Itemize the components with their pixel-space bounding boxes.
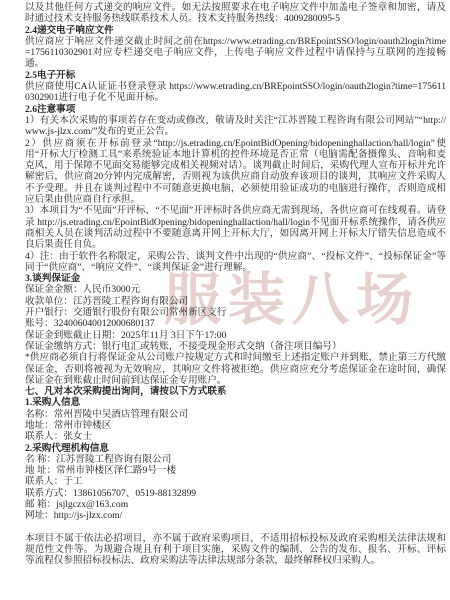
document-page: 以及其他任何方式递交的响应文件。如无法按照要求在电子响应文件中加盖电子签章和加密… — [0, 0, 450, 567]
paragraph: 3）本项目为“不见面”开评标，“不见面”开评标时各供应商无需到现场，各供应商可在… — [25, 205, 446, 250]
section-heading: 1.采购人信息 — [25, 397, 446, 408]
paragraph: 1）有关本次采购的事项若存在变动或修改，敬请及时关注“江苏晋陵工程咨询有限公司网… — [25, 115, 446, 138]
deposit-amount-line: 保证金金额：人民币3000元 — [25, 284, 446, 295]
paragraph: 供应商应于响应文件递交截止时间之前在https://www.etrading.c… — [25, 36, 446, 70]
section-heading: 2.4递交电子响应文件 — [25, 25, 446, 36]
paragraph: 4）注：由于软件名称限定，采购公告、谈判文件中出现的“供应商”、“投标文件”、“… — [25, 251, 446, 274]
agency-phone-line: 联系方式：13861056707、0519-88132899 — [25, 488, 446, 499]
payee-line: 收款单位：江苏晋陵工程咨询有限公司 — [25, 296, 446, 307]
closing-paragraph: 本项目不属于依法必招项目，亦不属于政府采购项目，不适用招标投标及政府采购相关法律… — [25, 533, 446, 567]
agency-contact-line: 联系人：于工 — [25, 476, 446, 487]
purchaser-address-line: 地址：常州市钟楼区 — [25, 420, 446, 431]
section-heading: 3.谈判保证金 — [25, 273, 446, 284]
purchaser-contact-line: 联系人：张女士 — [25, 431, 446, 442]
agency-website-line: 网址：http://js-jlzx.com/ — [25, 510, 446, 521]
paragraph: 2）供应商须在开标前登录“http://js.etrading.cn/Epoin… — [25, 138, 446, 206]
account-line: 账号：324006040012000680137 — [25, 318, 446, 329]
paragraph: 以及其他任何方式递交的响应文件。如无法按照要求在电子响应文件中加盖电子签章和加密… — [25, 2, 446, 25]
section-heading: 2.采购代理机构信息 — [25, 443, 446, 454]
paragraph: *供应商必须自行将保证金从公司账户按规定方式和时间缴至上述指定账户并到账，禁止第… — [25, 352, 446, 386]
bank-line: 开户银行：交通银行股份有限公司常州新区支行 — [25, 307, 446, 318]
payment-method-line: 保证金缴纳方式：银行电汇或转账，不接受现金形式交纳（备注项目编号） — [25, 341, 446, 352]
agency-name-line: 名 称：江苏晋陵工程咨询有限公司 — [25, 454, 446, 465]
agency-address-line: 地 址：常州市钟楼区泽仁路9号一楼 — [25, 465, 446, 476]
purchaser-name-line: 名称：常州晋陵中吴酒店管理有限公司 — [25, 409, 446, 420]
deadline-line: 保证金到账截止日期：2025年11月 3日下午17:00 — [25, 330, 446, 341]
paragraph: 供应商使用CA认证证书登录登录 https://www.etrading.cn/… — [25, 81, 446, 104]
section-heading: 2.5电子开标 — [25, 70, 446, 81]
section-heading: 七、凡对本次采购提出询问，请按以下方式联系 — [25, 386, 446, 397]
agency-email-line: 邮 箱：jsjlgczx@163.com — [25, 499, 446, 510]
section-heading: 2.6注意事项 — [25, 104, 446, 115]
